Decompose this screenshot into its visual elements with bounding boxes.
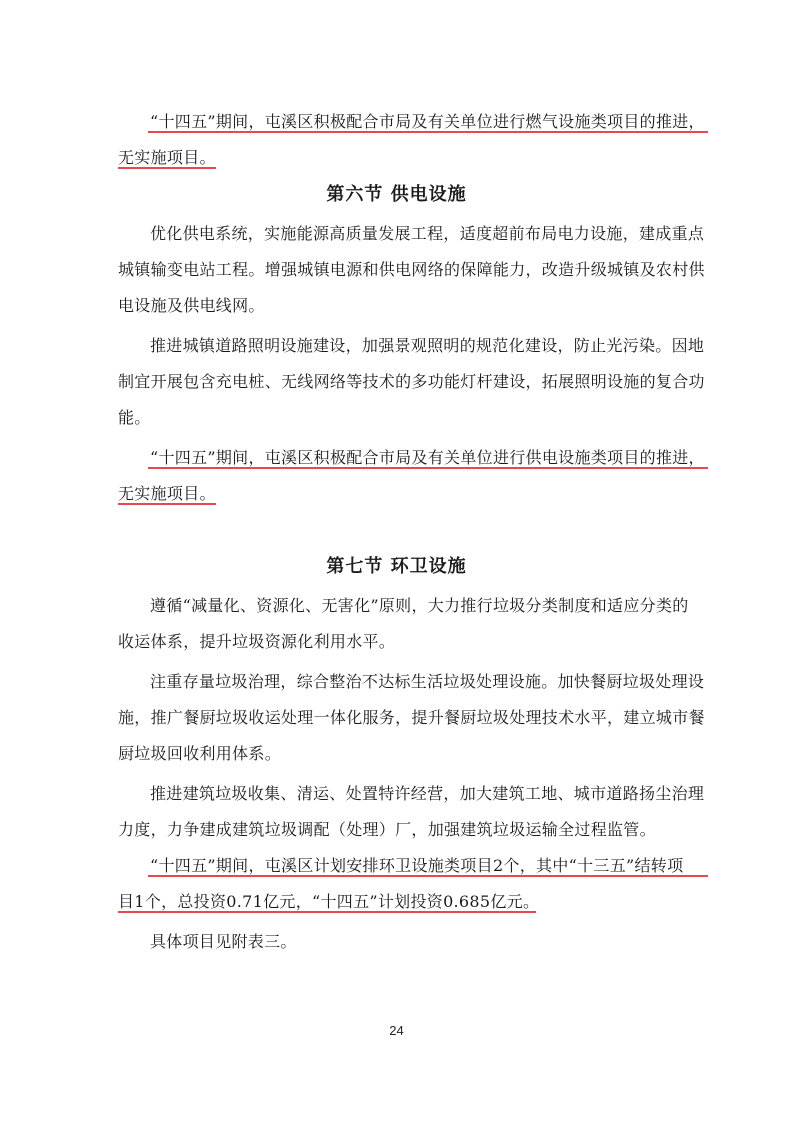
review-underline: [118, 167, 216, 169]
review-underline: [148, 875, 708, 877]
appendix-reference: 具体项目见附表三。: [150, 932, 297, 952]
gas-summary-line-2: 无实施项目。: [118, 148, 216, 168]
gas-summary-line-1: “十四五”期间，屯溪区积极配合市局及有关单位进行燃气设施类项目的推进，: [150, 112, 705, 132]
review-underline: [118, 503, 216, 505]
paragraph-line: 施，推广餐厨垃圾收运处理一体化服务，提升餐厨垃圾处理技术水平，建立城市餐: [118, 708, 705, 728]
review-underline: [118, 911, 536, 913]
paragraph-line: 城镇输变电站工程。增强城镇电源和供电网络的保障能力，改造升级城镇及农村供: [118, 260, 705, 280]
paragraph-line: 能。: [118, 408, 151, 428]
power-summary-line-2: 无实施项目。: [118, 484, 216, 504]
section-heading-sanitation: 第七节 环卫设施: [0, 556, 793, 578]
sanitation-summary-line-2: 目1个，总投资0.71亿元，“十四五”计划投资0.685亿元。: [118, 892, 539, 912]
section-heading-power-supply: 第六节 供电设施: [0, 184, 793, 206]
paragraph-line: 力度，力争建成建筑垃圾调配（处理）厂，加强建筑垃圾运输全过程监管。: [118, 820, 656, 840]
review-underline: [148, 131, 708, 133]
paragraph-line: 遵循“减量化、资源化、无害化”原则，大力推行垃圾分类制度和适应分类的: [150, 596, 689, 616]
paragraph-line: 制宜开展包含充电桩、无线网络等技术的多功能灯杆建设，拓展照明设施的复合功: [118, 372, 705, 392]
paragraph-line: 注重存量垃圾治理，综合整治不达标生活垃圾处理设施。加快餐厨垃圾处理设: [150, 672, 704, 692]
paragraph-line: 推进城镇道路照明设施建设，加强景观照明的规范化建设，防止光污染。因地: [150, 336, 704, 356]
paragraph-line: 收运体系，提升垃圾资源化利用水平。: [118, 632, 395, 652]
paragraph-line: 推进建筑垃圾收集、清运、处置特许经营，加大建筑工地、城市道路扬尘治理: [150, 784, 704, 804]
sanitation-summary-line-1: “十四五”期间，屯溪区计划安排环卫设施类项目2个，其中“十三五”结转项: [150, 856, 683, 876]
review-underline: [148, 467, 708, 469]
paragraph-line: 厨垃圾回收利用体系。: [118, 744, 281, 764]
paragraph-line: 优化供电系统，实施能源高质量发展工程，适度超前布局电力设施，建成重点: [150, 224, 704, 244]
page-number: 24: [0, 1023, 793, 1038]
paragraph-line: 电设施及供电线网。: [118, 296, 265, 316]
power-summary-line-1: “十四五”期间，屯溪区积极配合市局及有关单位进行供电设施类项目的推进，: [150, 448, 705, 468]
document-page: “十四五”期间，屯溪区积极配合市局及有关单位进行燃气设施类项目的推进， 无实施项…: [0, 0, 793, 1122]
